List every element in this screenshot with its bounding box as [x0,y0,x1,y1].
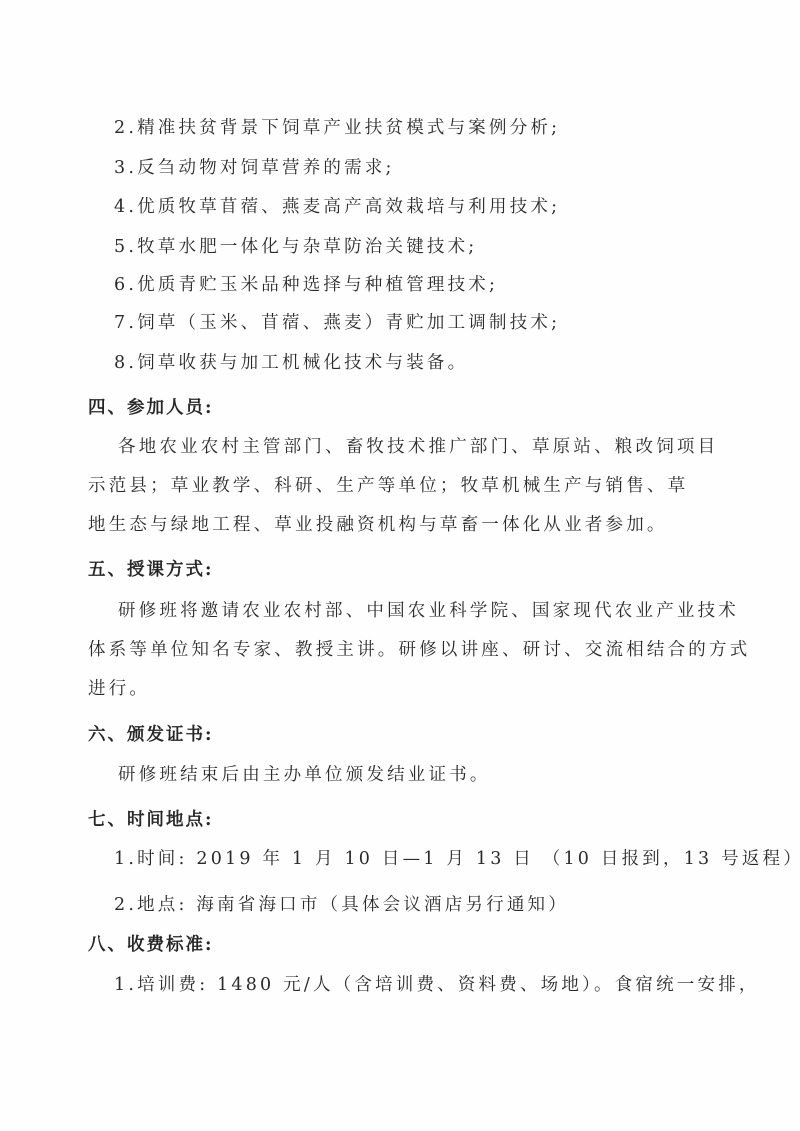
topic-item-7: 7.饲草（玉米、苜蓿、燕麦）青贮加工调制技术; [114,311,560,335]
section-heading-participants: 四、参加人员: [88,396,213,420]
section-heading-certificate: 六、颁发证书: [88,723,213,747]
section-heading-teaching-method: 五、授课方式: [88,558,213,582]
teaching-method-line-1: 研修班将邀请农业农村部、中国农业科学院、国家现代农业产业技术 [118,599,739,623]
fees-line-1: 1.培训费: 1480 元/人（含培训费、资料费、场地）。食宿统一安排， [114,973,760,997]
document-page: 2.精准扶贫背景下饲草产业扶贫模式与案例分析; 3.反刍动物对饲草营养的需求; … [0,0,800,1131]
section-heading-fees: 八、收费标准: [88,933,213,957]
topic-item-8: 8.饲草收获与加工机械化技术与装备。 [114,351,468,375]
time-line: 1.时间: 2019 年 1 月 10 日—1 月 13 日 （10 日报到，1… [114,847,800,871]
topic-item-6: 6.优质青贮玉米品种选择与种植管理技术; [114,273,498,297]
topic-item-2: 2.精准扶贫背景下饲草产业扶贫模式与案例分析; [114,116,560,140]
topic-item-5: 5.牧草水肥一体化与杂草防治关键技术; [114,235,477,259]
topic-item-4: 4.优质牧草苜蓿、燕麦高产高效栽培与利用技术; [114,195,560,219]
participants-line-1: 各地农业农村主管部门、畜牧技术推广部门、草原站、粮改饲项目 [118,435,718,459]
section-heading-time-place: 七、时间地点: [88,808,213,832]
teaching-method-line-2: 体系等单位知名专家、教授主讲。研修以讲座、研讨、交流相结合的方式 [88,638,750,662]
certificate-line-1: 研修班结束后由主办单位颁发结业证书。 [118,763,491,787]
teaching-method-line-3: 进行。 [88,677,150,701]
place-line: 2.地点: 海南省海口市（具体会议酒店另行通知） [114,893,569,917]
participants-line-3: 地生态与绿地工程、草业投融资机构与草畜一体化从业者参加。 [88,513,668,537]
topic-item-3: 3.反刍动物对饲草营养的需求; [114,156,395,180]
participants-line-2: 示范县；草业教学、科研、生产等单位；牧草机械生产与销售、草 [88,474,688,498]
